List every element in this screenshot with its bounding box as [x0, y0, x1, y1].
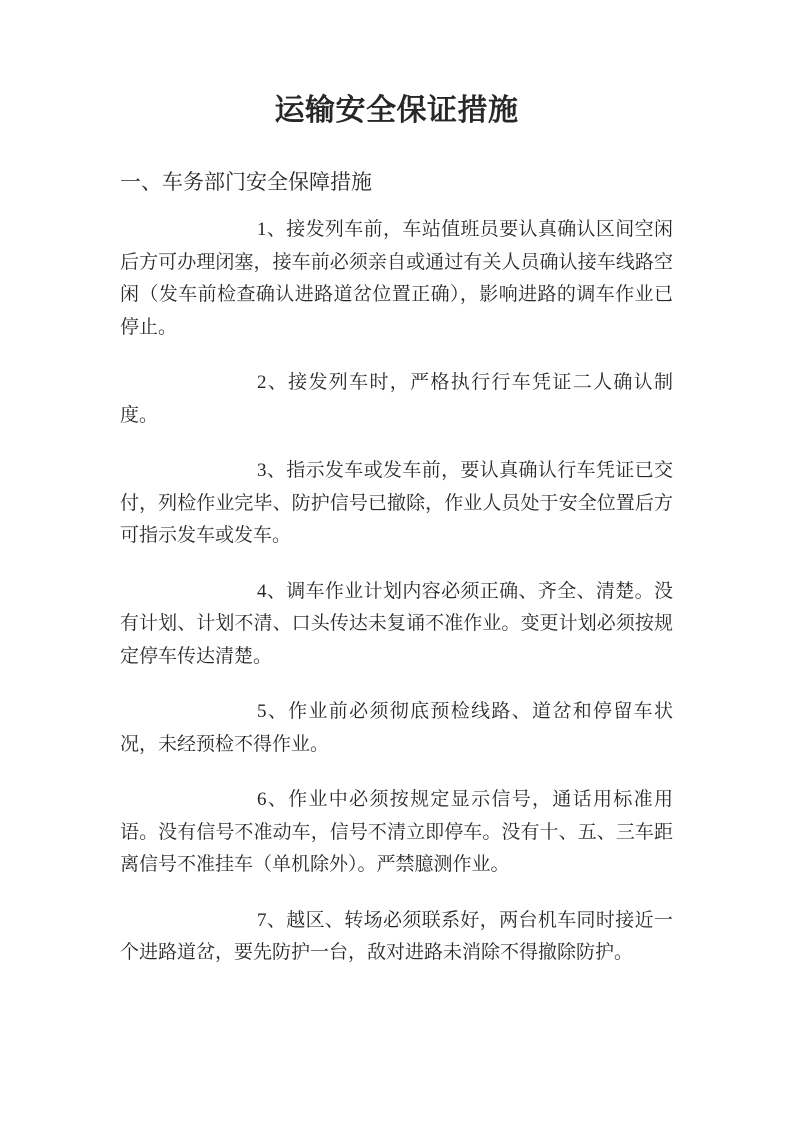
paragraph-6: 6、作业中必须按规定显示信号，通话用标准用语。没有信号不准动车，信号不清立即停车… — [120, 784, 673, 882]
doc-title: 运输安全保证措施 — [120, 91, 673, 131]
paragraph-4: 4、调车作业计划内容必须正确、齐全、清楚。没有计划、计划不清、口头传达未复诵不准… — [120, 576, 673, 674]
paragraph-3: 3、指示发车或发车前，要认真确认行车凭证已交付，列检作业完毕、防护信号已撤除，作… — [120, 455, 673, 553]
paragraph-7: 7、越区、转场必须联系好，两台机车同时接近一个进路道岔，要先防护一台，敌对进路未… — [120, 905, 673, 970]
paragraph-5: 5、作业前必须彻底预检线路、道岔和停留车状况，未经预检不得作业。 — [120, 696, 673, 761]
section-heading: 一、车务部门安全保障措施 — [120, 166, 673, 198]
paragraph-2: 2、接发列车时，严格执行行车凭证二人确认制度。 — [120, 367, 673, 432]
paragraph-1: 1、接发列车前，车站值班员要认真确认区间空闲后方可办理闭塞，接车前必须亲自或通过… — [120, 214, 673, 344]
document-page: 运输安全保证措施 一、车务部门安全保障措施 1、接发列车前，车站值班员要认真确认… — [0, 0, 793, 1122]
